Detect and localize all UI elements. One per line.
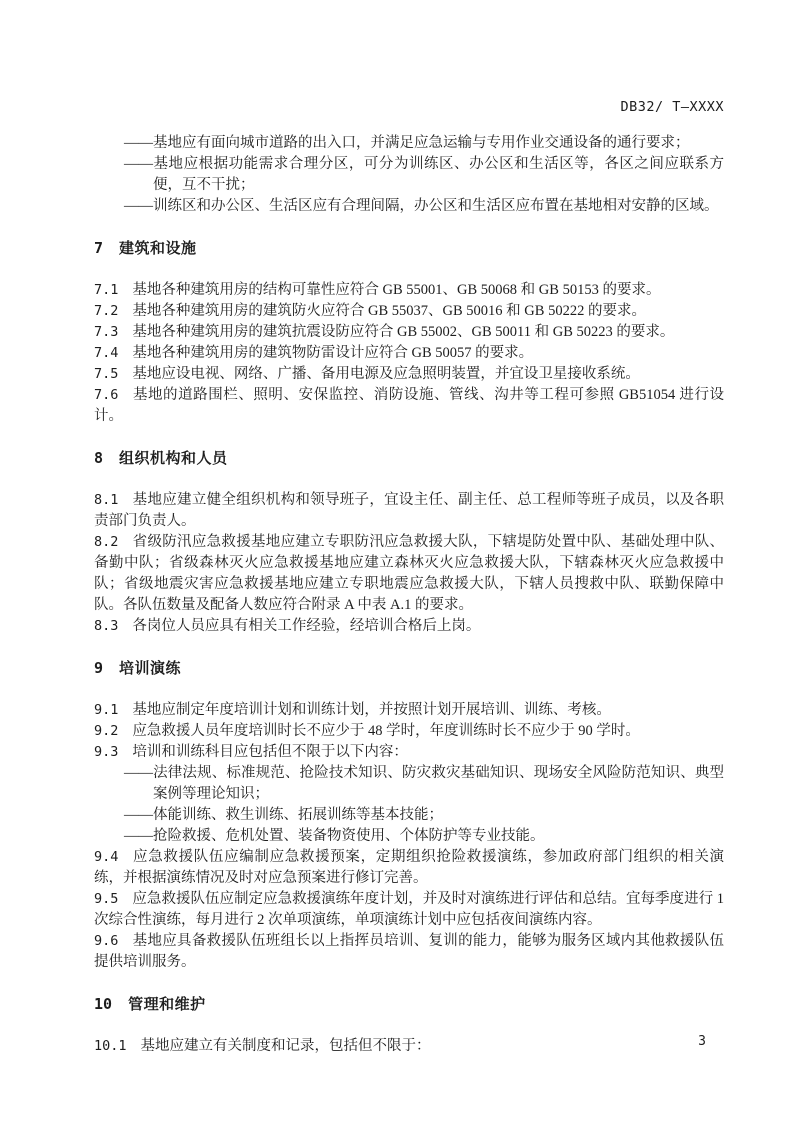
training-dash-item: ——体能训练、救生训练、拓展训练等基本技能； <box>124 805 724 826</box>
section-7-heading: 7建筑和设施 <box>94 238 724 259</box>
clause-9-2: 9.2应急救援人员年度培训时长不应少于 48 学时，年度训练时长不应少于 90 … <box>94 721 724 742</box>
clause-number: 9.2 <box>94 723 132 739</box>
section-title: 管理和维护 <box>128 996 206 1013</box>
clause-number: 8.3 <box>94 618 132 634</box>
clause-number: 7.6 <box>94 387 132 403</box>
clause-8-2: 8.2省级防汛应急救援基地应建立专职防汛应急救援大队，下辖堤防处置中队、基础处理… <box>94 532 724 616</box>
clause-number: 9.6 <box>94 933 132 949</box>
section-9-heading: 9培训演练 <box>94 658 724 679</box>
clause-9-3-dash-list: ——法律法规、标准规范、抢险技术知识、防灾救灾基础知识、现场安全风险防范知识、典… <box>94 763 724 847</box>
clause-number: 7.5 <box>94 366 132 382</box>
section-title: 组织机构和人员 <box>119 450 228 467</box>
clause-9-4: 9.4应急救援队伍应编制应急救援预案，定期组织抢险救援演练，参加政府部门组织的相… <box>94 847 724 889</box>
clause-text: 基地应建立有关制度和记录，包括但不限于： <box>141 1038 431 1054</box>
clause-7-3: 7.3基地各种建筑用房的建筑抗震设防应符合 GB 55002、GB 50011 … <box>94 322 724 343</box>
section-10-heading: 10管理和维护 <box>94 994 724 1015</box>
clause-text: 基地应制定年度培训计划和训练计划，并按照计划开展培训、训练、考核。 <box>132 702 611 718</box>
clause-text: 省级防汛应急救援基地应建立专职防汛应急救援大队，下辖堤防处置中队、基础处理中队、… <box>94 534 724 613</box>
clause-7-6: 7.6基地的道路围栏、照明、安保监控、消防设施、管线、沟井等工程可参照 GB51… <box>94 385 724 427</box>
training-dash-item: ——抢险救援、危机处置、装备物资使用、个体防护等专业技能。 <box>124 826 724 847</box>
clause-7-4: 7.4基地各种建筑用房的建筑物防雷设计应符合 GB 50057 的要求。 <box>94 343 724 364</box>
clause-text: 基地的道路围栏、照明、安保监控、消防设施、管线、沟井等工程可参照 GB51054… <box>94 387 724 424</box>
intro-dash-item: ——训练区和办公区、生活区应有合理间隔，办公区和生活区应布置在基地相对安静的区域… <box>124 196 724 217</box>
page-number: 3 <box>698 1034 706 1050</box>
section-number: 9 <box>94 658 103 679</box>
clause-text: 基地各种建筑用房的建筑物防雷设计应符合 GB 50057 的要求。 <box>132 345 533 361</box>
clause-number: 8.2 <box>94 534 132 550</box>
section-number: 8 <box>94 448 103 469</box>
clause-8-1: 8.1基地应建立健全组织机构和领导班子，宜设主任、副主任、总工程师等班子成员，以… <box>94 490 724 532</box>
clause-9-5: 9.5应急救援队伍应制定应急救援演练年度计划，并及时对演练进行评估和总结。宜每季… <box>94 889 724 931</box>
clause-8-3: 8.3各岗位人员应具有相关工作经验，经培训合格后上岗。 <box>94 616 724 637</box>
clause-text: 应急救援队伍应编制应急救援预案，定期组织抢险救援演练，参加政府部门组织的相关演练… <box>94 849 724 886</box>
clause-9-1: 9.1基地应制定年度培训计划和训练计划，并按照计划开展培训、训练、考核。 <box>94 700 724 721</box>
clause-number: 9.3 <box>94 744 132 760</box>
intro-dash-list: ——基地应有面向城市道路的出入口，并满足应急运输与专用作业交通设备的通行要求； … <box>94 133 724 217</box>
training-dash-item: ——法律法规、标准规范、抢险技术知识、防灾救灾基础知识、现场安全风险防范知识、典… <box>124 763 724 805</box>
clause-number: 9.5 <box>94 891 132 907</box>
clause-number: 10.1 <box>94 1038 141 1054</box>
clause-text: 应急救援队伍应制定应急救援演练年度计划，并及时对演练进行评估和总结。宜每季度进行… <box>94 891 724 928</box>
clause-text: 基地各种建筑用房的建筑抗震设防应符合 GB 55002、GB 50011 和 G… <box>132 324 674 340</box>
clause-text: 应急救援人员年度培训时长不应少于 48 学时，年度训练时长不应少于 90 学时。 <box>132 723 640 739</box>
section-title: 培训演练 <box>119 660 181 677</box>
clause-number: 7.2 <box>94 303 132 319</box>
clause-text: 各岗位人员应具有相关工作经验，经培训合格后上岗。 <box>132 618 480 634</box>
clause-text: 基地应设电视、网络、广播、备用电源及应急照明装置，并宜设卫星接收系统。 <box>132 366 640 382</box>
clause-text: 基地应具备救援队伍班组长以上指挥员培训、复训的能力，能够为服务区域内其他救援队伍… <box>94 933 724 970</box>
clause-text: 基地应建立健全组织机构和领导班子，宜设主任、副主任、总工程师等班子成员，以及各职… <box>94 492 724 529</box>
clause-9-6: 9.6基地应具备救援队伍班组长以上指挥员培训、复训的能力，能够为服务区域内其他救… <box>94 931 724 973</box>
clause-number: 7.3 <box>94 324 132 340</box>
section-number: 10 <box>94 994 112 1015</box>
clause-number: 7.4 <box>94 345 132 361</box>
clause-7-2: 7.2基地各种建筑用房的建筑防火应符合 GB 55037、GB 50016 和 … <box>94 301 724 322</box>
clause-text: 基地各种建筑用房的建筑防火应符合 GB 55037、GB 50016 和 GB … <box>132 303 646 319</box>
clause-number: 9.4 <box>94 849 132 865</box>
section-number: 7 <box>94 238 103 259</box>
doc-code: DB32/ T—XXXX <box>620 99 724 115</box>
section-8-heading: 8组织机构和人员 <box>94 448 724 469</box>
section-title: 建筑和设施 <box>119 240 197 257</box>
page-header: DB32/ T—XXXX <box>94 99 724 115</box>
clause-9-3: 9.3培训和训练科目应包括但不限于以下内容： <box>94 742 724 763</box>
intro-dash-item: ——基地应根据功能需求合理分区，可分为训练区、办公区和生活区等，各区之间应联系方… <box>124 154 724 196</box>
clause-number: 8.1 <box>94 492 132 508</box>
document-page: DB32/ T—XXXX ——基地应有面向城市道路的出入口，并满足应急运输与专用… <box>0 0 794 1123</box>
clause-number: 9.1 <box>94 702 132 718</box>
clause-7-5: 7.5基地应设电视、网络、广播、备用电源及应急照明装置，并宜设卫星接收系统。 <box>94 364 724 385</box>
clause-number: 7.1 <box>94 282 132 298</box>
clause-text: 培训和训练科目应包括但不限于以下内容： <box>132 744 408 760</box>
clause-10-1: 10.1基地应建立有关制度和记录，包括但不限于： <box>94 1036 724 1057</box>
intro-dash-item: ——基地应有面向城市道路的出入口，并满足应急运输与专用作业交通设备的通行要求； <box>124 133 724 154</box>
clause-text: 基地各种建筑用房的结构可靠性应符合 GB 55001、GB 50068 和 GB… <box>132 282 660 298</box>
clause-7-1: 7.1基地各种建筑用房的结构可靠性应符合 GB 55001、GB 50068 和… <box>94 280 724 301</box>
